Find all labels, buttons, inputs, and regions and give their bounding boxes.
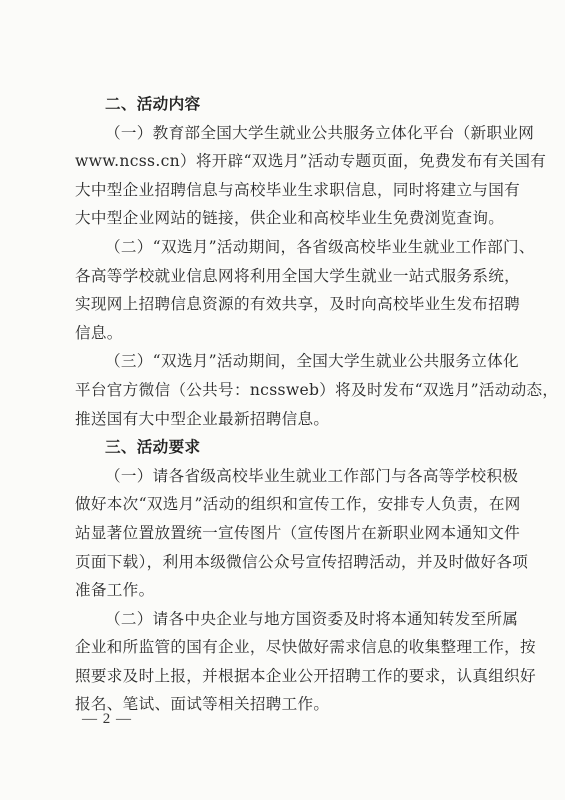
- section-heading: 三、活动要求: [75, 433, 493, 462]
- paragraph: （三）“双选月”活动期间，全国大学生就业公共服务立体化 平台官方微信（公共号：n…: [75, 347, 493, 433]
- text-line: （二）请各中央企业与地方国资委及时将本通知转发至所属: [75, 605, 493, 634]
- paragraph: （二）“双选月”活动期间，各省级高校毕业生就业工作部门、 各高等学校就业信息网将…: [75, 233, 493, 347]
- page-number: — 2 —: [82, 711, 132, 728]
- text-line: 做好本次“双选月”活动的组织和宣传工作，安排专人负责，在网: [75, 490, 493, 519]
- text-line: 大中型企业招聘信息与高校毕业生求职信息，同时将建立与国有: [75, 176, 493, 205]
- document-body: 二、活动内容 （一）教育部全国大学生就业公共服务立体化平台（新职业网 www.n…: [75, 90, 493, 719]
- text-line: 实现网上招聘信息资源的有效共享，及时向高校毕业生发布招聘: [75, 290, 493, 319]
- paragraph: （一）教育部全国大学生就业公共服务立体化平台（新职业网 www.ncss.cn）…: [75, 119, 493, 233]
- text-line: 各高等学校就业信息网将利用全国大学生就业一站式服务系统，: [75, 262, 493, 291]
- text-line: 页面下载），利用本级微信公众号宣传招聘活动，并及时做好各项: [75, 548, 493, 577]
- text-line: 平台官方微信（公共号：ncssweb）将及时发布“双选月”活动动态，: [75, 376, 493, 405]
- section-heading: 二、活动内容: [75, 90, 493, 119]
- text-line: （一）教育部全国大学生就业公共服务立体化平台（新职业网: [75, 119, 493, 148]
- text-line: 站显著位置放置统一宣传图片（宣传图片在新职业网本通知文件: [75, 519, 493, 548]
- text-line: 企业和所监管的国有企业，尽快做好需求信息的收集整理工作，按: [75, 633, 493, 662]
- document-page: 二、活动内容 （一）教育部全国大学生就业公共服务立体化平台（新职业网 www.n…: [0, 0, 565, 800]
- text-line: 报名、笔试、面试等相关招聘工作。: [75, 690, 493, 719]
- paragraph: （二）请各中央企业与地方国资委及时将本通知转发至所属 企业和所监管的国有企业，尽…: [75, 605, 493, 719]
- text-line: 照要求及时上报，并根据本企业公开招聘工作的要求，认真组织好: [75, 662, 493, 691]
- text-line: （三）“双选月”活动期间，全国大学生就业公共服务立体化: [75, 347, 493, 376]
- text-line: （一）请各省级高校毕业生就业工作部门与各高等学校积极: [75, 462, 493, 491]
- text-line: www.ncss.cn）将开辟“双选月”活动专题页面，免费发布有关国有: [75, 147, 493, 176]
- text-line: （二）“双选月”活动期间，各省级高校毕业生就业工作部门、: [75, 233, 493, 262]
- paragraph: （一）请各省级高校毕业生就业工作部门与各高等学校积极 做好本次“双选月”活动的组…: [75, 462, 493, 605]
- text-line: 信息。: [75, 319, 493, 348]
- text-line: 推送国有大中型企业最新招聘信息。: [75, 405, 493, 434]
- text-line: 大中型企业网站的链接，供企业和高校毕业生免费浏览查询。: [75, 204, 493, 233]
- text-line: 准备工作。: [75, 576, 493, 605]
